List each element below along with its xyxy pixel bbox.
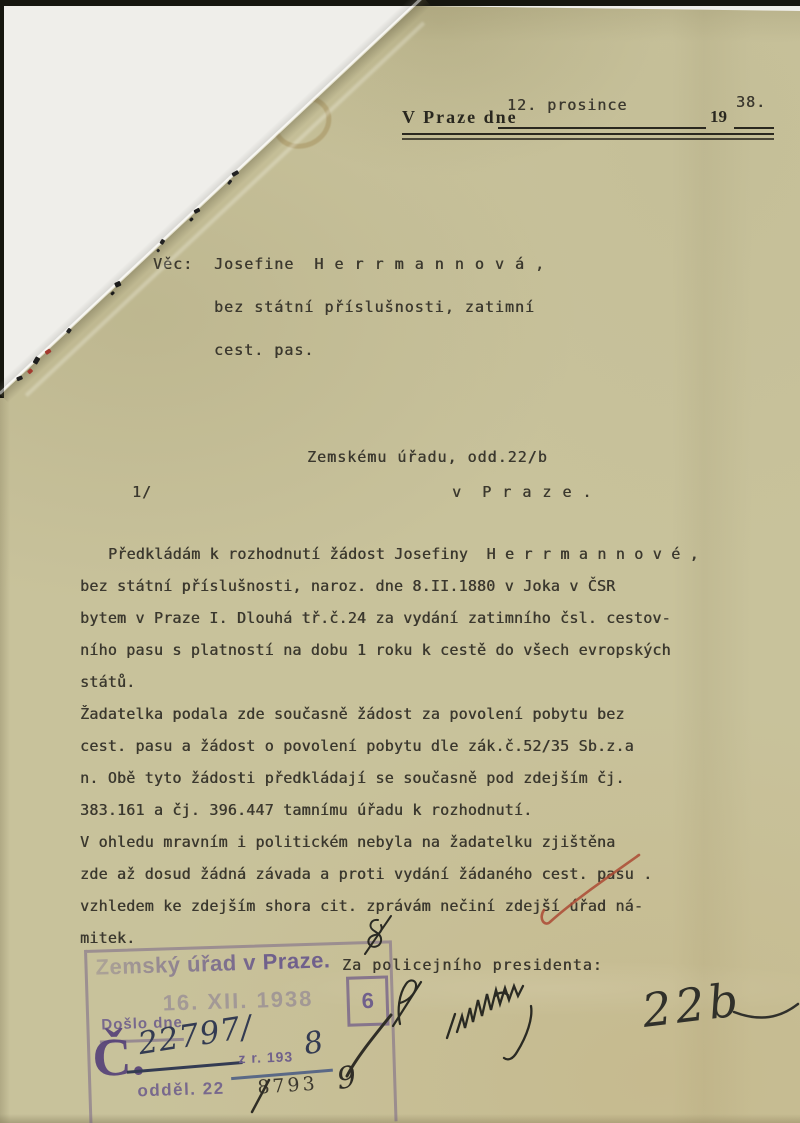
crossed-b-mark — [393, 980, 421, 1026]
crossed-eight-mark — [365, 916, 391, 954]
signature-scribble — [447, 986, 531, 1059]
scanned-document: { "dateline": { "place_label": "V Praze … — [0, 0, 800, 1123]
slash-over-ref — [252, 1080, 269, 1112]
diagonal-ink-stroke — [347, 1015, 391, 1076]
red-pen-stroke — [542, 855, 639, 924]
corner-number-tail — [734, 1004, 798, 1018]
ink-overlay — [0, 0, 800, 1123]
